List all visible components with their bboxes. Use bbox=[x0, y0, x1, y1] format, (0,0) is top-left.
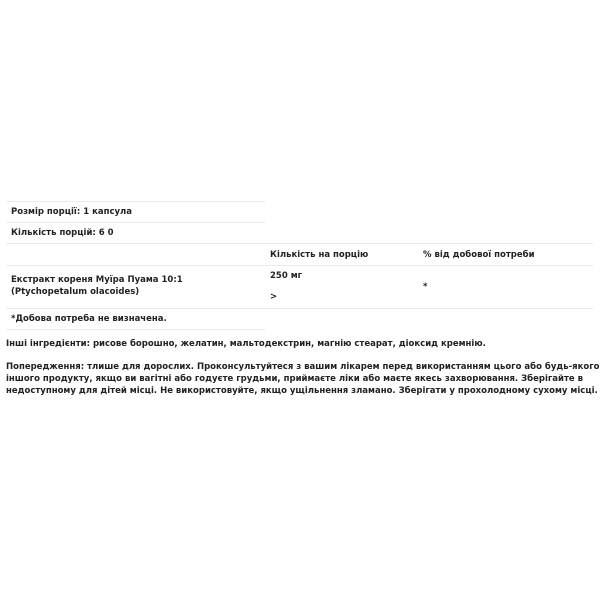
divider bbox=[6, 329, 265, 330]
serving-size: Розмір порції: 1 капсула bbox=[11, 206, 132, 218]
divider bbox=[6, 201, 265, 202]
header-amount-per-serving: Кількість на порцію bbox=[270, 249, 368, 261]
divider bbox=[6, 243, 593, 244]
warning-line-1: Попередження: тлише для дорослих. Прокон… bbox=[6, 361, 599, 373]
other-ingredients: Інші інгредієнти: рисове борошно, желати… bbox=[6, 338, 486, 350]
footnote: *Добова потреба не визначена. bbox=[11, 313, 167, 325]
divider bbox=[6, 222, 265, 223]
ingredient-daily-value: * bbox=[423, 281, 427, 293]
divider bbox=[6, 308, 593, 309]
warning-line-2: іншого продукту, якщо ви вагітні або год… bbox=[6, 373, 583, 385]
ingredient-latin-name: (Ptychopetalum olacoides) bbox=[11, 286, 139, 298]
header-daily-value: % від добової потреби bbox=[423, 249, 535, 261]
ingredient-name: Екстракт кореня Муїра Пуама 10:1 bbox=[11, 274, 183, 286]
expand-chevron[interactable]: > bbox=[270, 291, 277, 303]
warning-line-3: недоступному для дітей місці. Не викорис… bbox=[6, 385, 598, 397]
divider bbox=[6, 265, 593, 266]
ingredient-amount: 250 мг bbox=[270, 270, 302, 282]
servings-count: Кількість порцій: 6 0 bbox=[11, 227, 114, 239]
